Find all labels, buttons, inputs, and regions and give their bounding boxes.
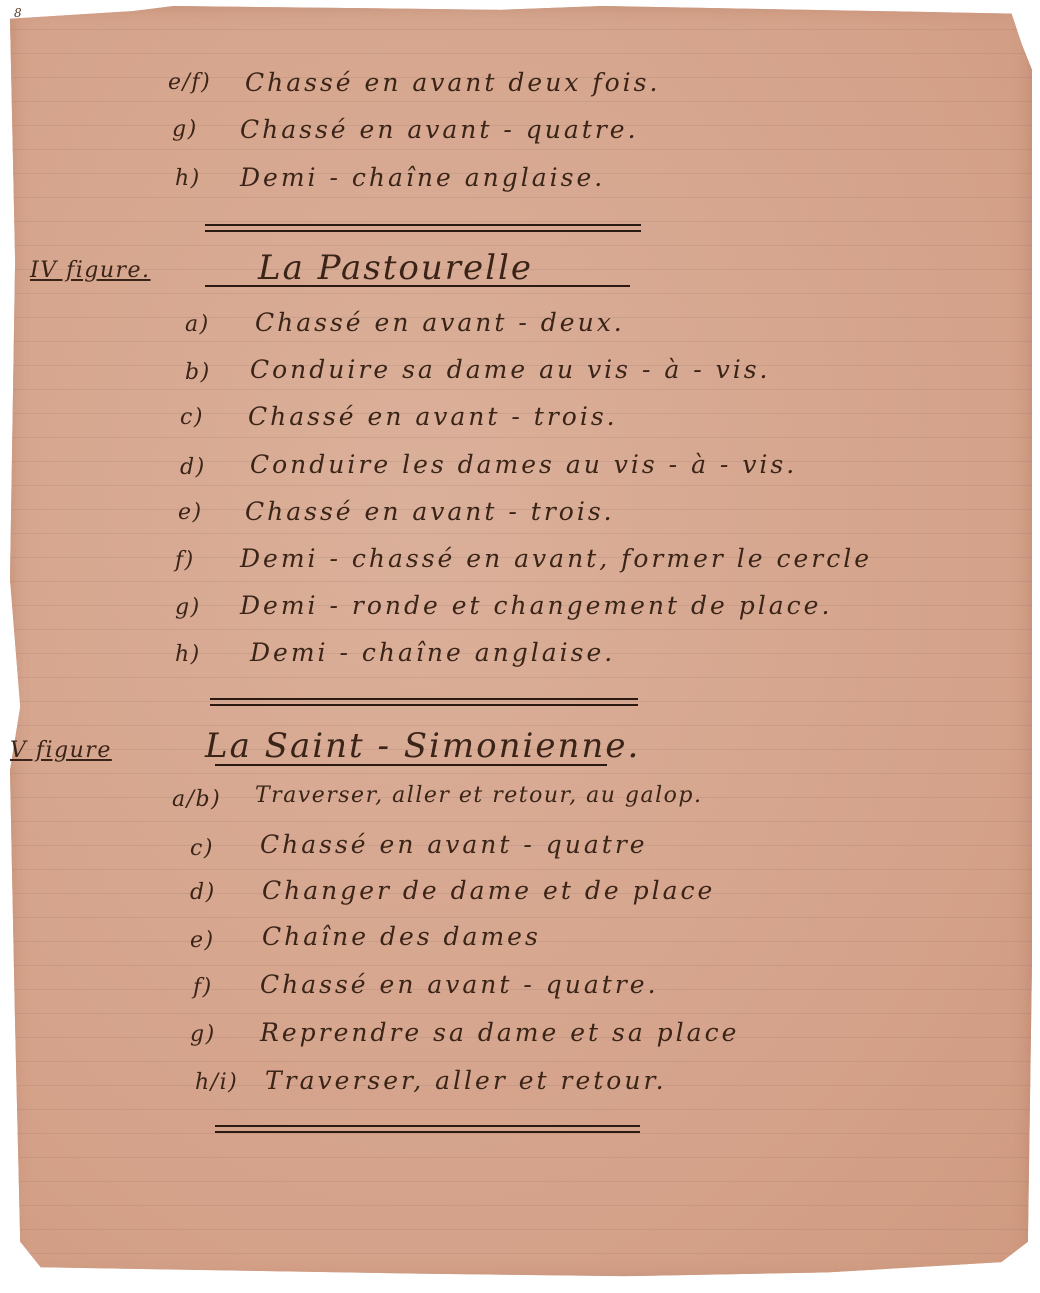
item-label: a) [185,312,210,337]
item-text: Chassé en avant - quatre. [260,970,659,999]
item-text: Chassé en avant deux fois. [245,68,660,97]
item-label: g) [175,595,201,620]
item-text: Demi - chaîne anglaise. [240,163,605,192]
item-text: Demi - chassé en avant, former le cercle [240,544,872,573]
section-title-iv: La Pastourelle [258,248,533,288]
figure-label-v: V figure [10,738,112,763]
section-title-v: La Saint - Simonienne. [205,726,640,766]
item-label: f) [175,548,195,573]
item-label: c) [180,405,204,430]
divider-rule [210,698,638,700]
item-label: g) [172,117,198,142]
item-label: h) [175,166,201,191]
item-text: Chassé en avant - deux. [255,308,625,337]
item-text: Conduire sa dame au vis - à - vis. [250,355,771,384]
item-text: Chassé en avant - quatre. [240,115,639,144]
item-label: e) [178,500,203,525]
item-label: g) [190,1022,216,1047]
item-label: d) [190,880,216,905]
item-text: Chassé en avant - trois. [245,497,615,526]
item-text: Demi - ronde et changement de place. [240,591,832,620]
item-label: e/f) [168,70,211,95]
item-text: Conduire les dames au vis - à - vis. [250,450,797,479]
title-underline [215,764,607,766]
divider-rule [205,224,641,226]
item-label: a/b) [172,787,221,812]
item-text: Chassé en avant - quatre [260,830,648,859]
item-label: h/i) [195,1070,238,1095]
item-label: h) [175,642,201,667]
item-label: c) [190,836,214,861]
item-text: Reprendre sa dame et sa place [260,1018,739,1047]
divider-rule [205,230,641,232]
item-label: d) [180,455,206,480]
title-underline [205,285,630,287]
figure-label-iv: IV figure. [30,258,151,283]
item-text: Traverser, aller et retour. [265,1066,667,1095]
divider-rule [215,1125,640,1127]
item-text: Changer de dame et de place [262,876,715,905]
item-text: Chaîne des dames [262,922,541,951]
item-text: Traverser, aller et retour, au galop. [255,783,702,808]
page-corner-mark: 8 [14,6,22,20]
divider-rule [215,1131,640,1133]
item-label: b) [185,360,211,385]
item-text: Chassé en avant - trois. [248,402,618,431]
item-label: f) [193,975,213,1000]
divider-rule [210,704,638,706]
item-text: Demi - chaîne anglaise. [250,638,615,667]
item-label: e) [190,928,215,953]
